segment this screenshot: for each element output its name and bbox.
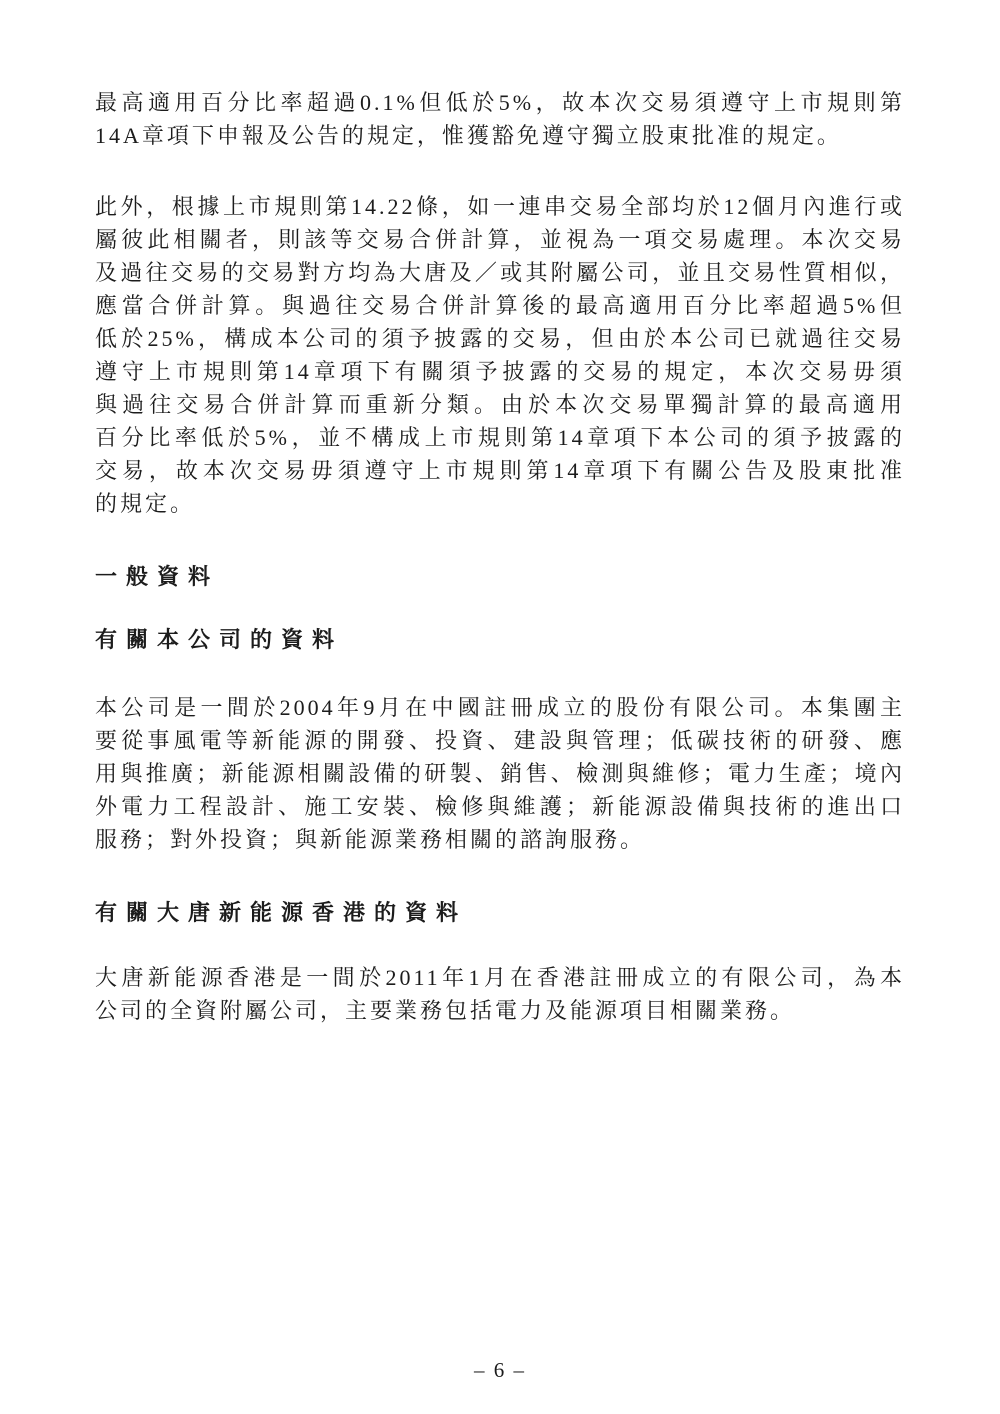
- text-line: 與過往交易合併計算而重新分類。由於本次交易單獨計算的最高適用: [95, 388, 905, 421]
- paragraph-about-the-company: 本公司是一間於2004年9月在中國註冊成立的股份有限公司。本集團主 要從事風電等…: [95, 691, 905, 856]
- text-line: 此外，根據上市規則第14.22條，如一連串交易全部均於12個月內進行或: [95, 190, 905, 223]
- text-line: 百分比率低於5%，並不構成上市規則第14章項下本公司的須予披露的: [95, 421, 905, 454]
- document-page: 最高適用百分比率超過0.1%但低於5%，故本次交易須遵守上市規則第 14A章項下…: [0, 0, 1000, 1414]
- text-line: 屬彼此相關者，則該等交易合併計算，並視為一項交易處理。本次交易: [95, 223, 905, 256]
- text-line: 低於25%，構成本公司的須予披露的交易，但由於本公司已就過往交易: [95, 322, 905, 355]
- text-line: 要從事風電等新能源的開發、投資、建設與管理；低碳技術的研發、應: [95, 724, 905, 757]
- text-line: 應當合併計算。與過往交易合併計算後的最高適用百分比率超過5%但: [95, 289, 905, 322]
- section-heading-general-information: 一般資料: [95, 560, 905, 593]
- text-line: 交易，故本次交易毋須遵守上市規則第14章項下有關公告及股東批准: [95, 454, 905, 487]
- paragraph-about-datang-new-energy-hk: 大唐新能源香港是一間於2011年1月在香港註冊成立的有限公司，為本 公司的全資附…: [95, 961, 905, 1027]
- text-line: 的規定。: [95, 487, 905, 520]
- text-line: 外電力工程設計、施工安裝、檢修與維護；新能源設備與技術的進出口: [95, 790, 905, 823]
- text-line: 公司的全資附屬公司，主要業務包括電力及能源項目相關業務。: [95, 994, 905, 1027]
- document-body: 最高適用百分比率超過0.1%但低於5%，故本次交易須遵守上市規則第 14A章項下…: [95, 86, 905, 1027]
- text-line: 遵守上市規則第14章項下有關須予披露的交易的規定，本次交易毋須: [95, 355, 905, 388]
- paragraph-rule-14a: 最高適用百分比率超過0.1%但低於5%，故本次交易須遵守上市規則第 14A章項下…: [95, 86, 905, 152]
- page-number: – 6 –: [0, 1358, 1000, 1383]
- paragraph-rule-14-22-aggregation: 此外，根據上市規則第14.22條，如一連串交易全部均於12個月內進行或 屬彼此相…: [95, 190, 905, 520]
- text-line: 14A章項下申報及公告的規定，惟獲豁免遵守獨立股東批准的規定。: [95, 119, 905, 152]
- text-line: 本公司是一間於2004年9月在中國註冊成立的股份有限公司。本集團主: [95, 691, 905, 724]
- text-line: 大唐新能源香港是一間於2011年1月在香港註冊成立的有限公司，為本: [95, 961, 905, 994]
- text-line: 用與推廣；新能源相關設備的研製、銷售、檢測與維修；電力生產；境內: [95, 757, 905, 790]
- subsection-heading-about-datang-new-energy-hk: 有關大唐新能源香港的資料: [95, 896, 905, 929]
- text-line: 服務；對外投資；與新能源業務相關的諮詢服務。: [95, 823, 905, 856]
- text-line: 及過往交易的交易對方均為大唐及／或其附屬公司，並且交易性質相似，: [95, 256, 905, 289]
- subsection-heading-about-the-company: 有關本公司的資料: [95, 623, 905, 656]
- text-line: 最高適用百分比率超過0.1%但低於5%，故本次交易須遵守上市規則第: [95, 86, 905, 119]
